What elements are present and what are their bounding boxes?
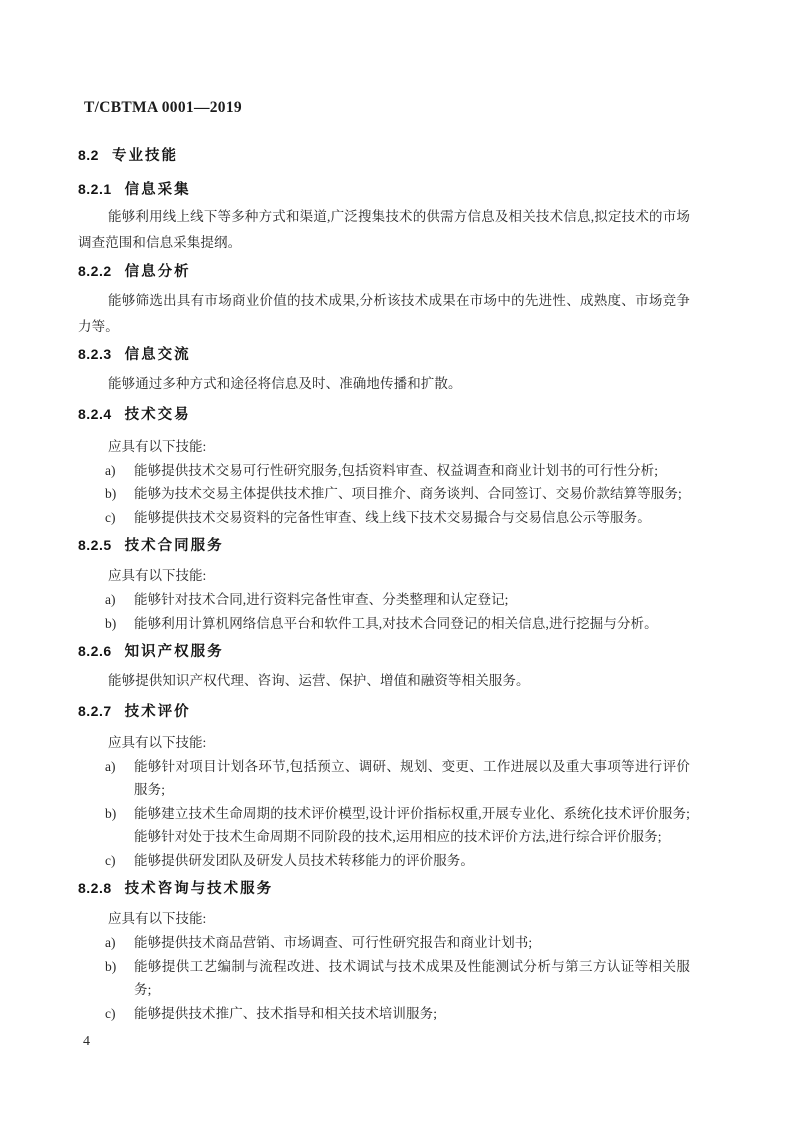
list-item-text: 能够针对技术合同,进行资料完备性审查、分类整理和认定登记; — [134, 592, 509, 607]
page-content: T/CBTMA 0001—2019 8.2专业技能 8.2.1信息采集 能够利用… — [78, 97, 690, 1025]
section-heading-8-2-2: 8.2.2信息分析 — [78, 263, 690, 280]
list-item-text: 能够提供研发团队及研发人员技术转移能力的评价服务。 — [134, 853, 474, 868]
skills-list: a) 能够针对项目计划各环节,包括预立、调研、规划、变更、工作进展以及重大事项等… — [78, 755, 690, 873]
list-item-text: 能够提供工艺编制与流程改进、技术调试与技术成果及性能测试分析与第三方认证等相关服… — [134, 959, 690, 998]
list-item: a) 能够针对技术合同,进行资料完备性审查、分类整理和认定登记; — [78, 588, 690, 612]
list-item: a) 能够针对项目计划各环节,包括预立、调研、规划、变更、工作进展以及重大事项等… — [78, 755, 690, 802]
list-item-text: 能够提供技术交易可行性研究服务,包括资料审查、权益调查和商业计划书的可行性分析; — [134, 463, 658, 478]
list-item-marker: b) — [105, 612, 116, 636]
section-title: 技术评价 — [125, 704, 191, 720]
list-item-text: 能够针对项目计划各环节,包括预立、调研、规划、变更、工作进展以及重大事项等进行评… — [134, 759, 690, 798]
section-title: 信息分析 — [125, 264, 191, 280]
section-title: 技术合同服务 — [125, 538, 224, 554]
list-item-text: 能够利用计算机网络信息平台和软件工具,对技术合同登记的相关信息,进行挖掘与分析。 — [134, 616, 658, 631]
list-item-marker: a) — [105, 588, 116, 612]
list-item: c) 能够提供技术交易资料的完备性审查、线上线下技术交易撮合与交易信息公示等服务… — [78, 506, 690, 530]
section-number: 8.2.2 — [78, 263, 112, 279]
list-item: b) 能够为技术交易主体提供技术推广、项目推介、商务谈判、合同签订、交易价款结算… — [78, 482, 690, 506]
paragraph: 能够提供知识产权代理、咨询、运营、保护、增值和融资等相关服务。 — [78, 668, 690, 694]
section-title: 信息采集 — [125, 182, 191, 198]
section-heading-8-2-1: 8.2.1信息采集 — [78, 181, 690, 198]
section-title: 知识产权服务 — [125, 644, 224, 660]
section-number: 8.2.7 — [78, 703, 112, 719]
section-title: 专业技能 — [112, 148, 178, 164]
skills-intro: 应具有以下技能: — [78, 731, 690, 755]
paragraph: 能够通过多种方式和途径将信息及时、准确地传播和扩散。 — [78, 371, 690, 397]
list-item-marker: c) — [105, 1002, 116, 1026]
section-heading-8-2-7: 8.2.7技术评价 — [78, 703, 690, 720]
list-item: b) 能够建立技术生命周期的技术评价模型,设计评价指标权重,开展专业化、系统化技… — [78, 802, 690, 849]
section-number: 8.2.3 — [78, 346, 112, 362]
section-heading-8-2-5: 8.2.5技术合同服务 — [78, 537, 690, 554]
skills-list: a) 能够针对技术合同,进行资料完备性审查、分类整理和认定登记; b) 能够利用… — [78, 588, 690, 635]
list-item: c) 能够提供技术推广、技术指导和相关技术培训服务; — [78, 1002, 690, 1026]
list-item-text: 能够建立技术生命周期的技术评价模型,设计评价指标权重,开展专业化、系统化技术评价… — [134, 806, 690, 845]
list-item-text: 能够提供技术商品营销、市场调查、可行性研究报告和商业计划书; — [134, 935, 532, 950]
doc-number: T/CBTMA 0001—2019 — [84, 100, 690, 116]
page-number: 4 — [83, 1034, 90, 1050]
section-number: 8.2.4 — [78, 406, 112, 422]
section-heading-8-2-4: 8.2.4技术交易 — [78, 406, 690, 423]
paragraph: 能够筛选出具有市场商业价值的技术成果,分析该技术成果在市场中的先进性、成熟度、市… — [78, 288, 690, 339]
section-number: 8.2.1 — [78, 181, 112, 197]
list-item-marker: c) — [105, 849, 116, 873]
list-item: a) 能够提供技术商品营销、市场调查、可行性研究报告和商业计划书; — [78, 931, 690, 955]
list-item-marker: a) — [105, 931, 116, 955]
list-item-marker: b) — [105, 482, 116, 506]
skills-intro: 应具有以下技能: — [78, 435, 690, 459]
section-title: 技术咨询与技术服务 — [125, 881, 274, 897]
paragraph: 能够利用线上线下等多种方式和渠道,广泛搜集技术的供需方信息及相关技术信息,拟定技… — [78, 204, 690, 255]
list-item-text: 能够提供技术推广、技术指导和相关技术培训服务; — [134, 1006, 437, 1021]
section-heading-8-2-8: 8.2.8技术咨询与技术服务 — [78, 880, 690, 897]
section-heading-8-2: 8.2专业技能 — [78, 147, 690, 164]
section-number: 8.2.5 — [78, 537, 112, 553]
section-title: 技术交易 — [125, 407, 191, 423]
section-heading-8-2-6: 8.2.6知识产权服务 — [78, 643, 690, 660]
list-item-text: 能够提供技术交易资料的完备性审查、线上线下技术交易撮合与交易信息公示等服务。 — [134, 510, 651, 525]
section-heading-8-2-3: 8.2.3信息交流 — [78, 346, 690, 363]
skills-list: a) 能够提供技术交易可行性研究服务,包括资料审查、权益调查和商业计划书的可行性… — [78, 459, 690, 530]
skills-intro: 应具有以下技能: — [78, 907, 690, 931]
skills-intro: 应具有以下技能: — [78, 564, 690, 588]
list-item: a) 能够提供技术交易可行性研究服务,包括资料审查、权益调查和商业计划书的可行性… — [78, 459, 690, 483]
section-number: 8.2.6 — [78, 643, 112, 659]
list-item-text: 能够为技术交易主体提供技术推广、项目推介、商务谈判、合同签订、交易价款结算等服务… — [134, 486, 682, 501]
list-item-marker: a) — [105, 459, 116, 483]
document-page: T/CBTMA 0001—2019 8.2专业技能 8.2.1信息采集 能够利用… — [0, 0, 794, 1122]
list-item-marker: c) — [105, 506, 116, 530]
list-item-marker: b) — [105, 955, 116, 979]
list-item-marker: a) — [105, 755, 116, 779]
section-number: 8.2.8 — [78, 880, 112, 896]
section-number: 8.2 — [78, 147, 99, 163]
list-item: b) 能够提供工艺编制与流程改进、技术调试与技术成果及性能测试分析与第三方认证等… — [78, 955, 690, 1002]
skills-list: a) 能够提供技术商品营销、市场调查、可行性研究报告和商业计划书; b) 能够提… — [78, 931, 690, 1025]
section-title: 信息交流 — [125, 347, 191, 363]
list-item: c) 能够提供研发团队及研发人员技术转移能力的评价服务。 — [78, 849, 690, 873]
list-item-marker: b) — [105, 802, 116, 826]
list-item: b) 能够利用计算机网络信息平台和软件工具,对技术合同登记的相关信息,进行挖掘与… — [78, 612, 690, 636]
